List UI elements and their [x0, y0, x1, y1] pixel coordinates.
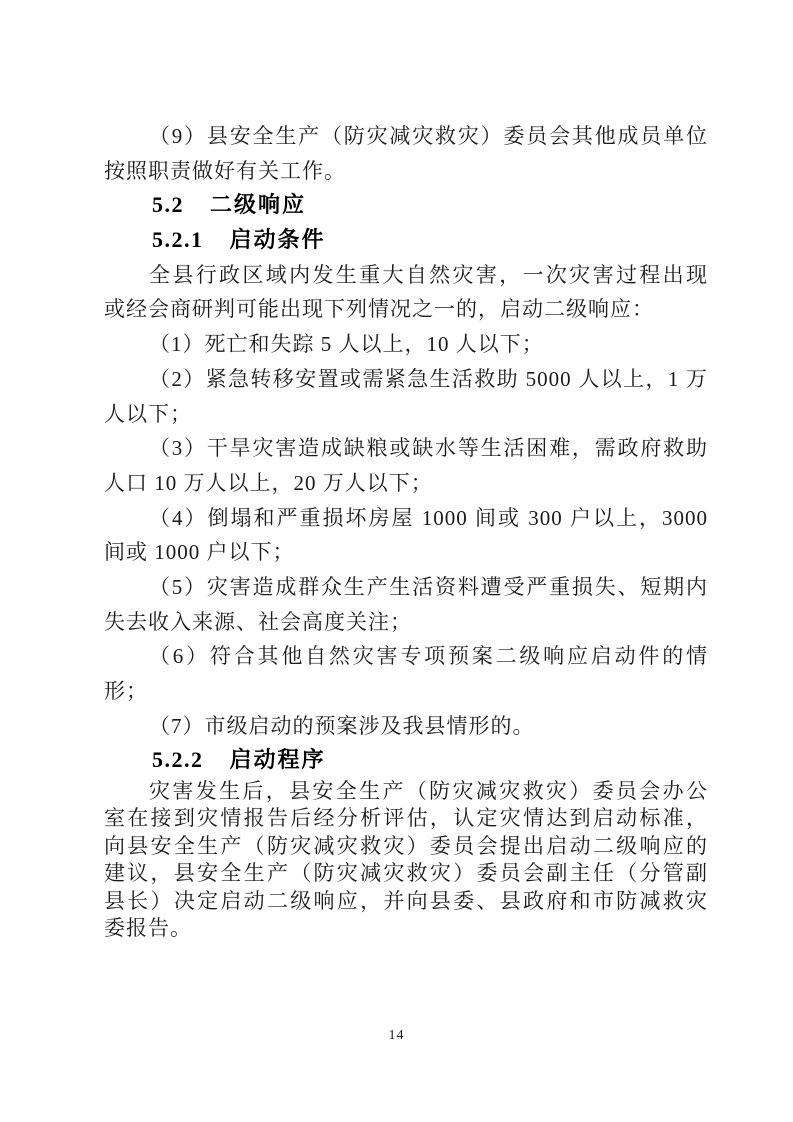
paragraph-line: （6）符合其他自然灾害专项预案二级响应启动件的情: [104, 639, 708, 674]
paragraph-line: （7）市级启动的预案涉及我县情形的。: [104, 709, 708, 744]
paragraph-line: 人以下；: [104, 397, 708, 432]
document-body: （9）县安全生产（防灾减灾救灾）委员会其他成员单位按照职责做好有关工作。5.2二…: [104, 119, 708, 942]
section-heading: 5.2二级响应: [104, 188, 708, 223]
paragraph-line: 间或 1000 户以下；: [104, 535, 708, 570]
paragraph-line: （1）死亡和失踪 5 人以上，10 人以下；: [104, 327, 708, 362]
paragraph-line: 全县行政区域内发生重大自然灾害，一次灾害过程出现: [104, 258, 708, 293]
paragraph-line: 形；: [104, 674, 708, 709]
heading-title: 启动条件: [230, 227, 326, 252]
heading-number: 5.2: [152, 192, 184, 217]
paragraph-line: 室在接到灾情报告后经分析评估，认定灾情达到启动标准，: [104, 805, 708, 832]
heading-number: 5.2.2: [152, 747, 204, 772]
heading-title: 启动程序: [230, 747, 326, 772]
paragraph-line: 向县安全生产（防灾减灾救灾）委员会提出启动二级响应的: [104, 833, 708, 860]
paragraph-line: 灾害发生后，县安全生产（防灾减灾救灾）委员会办公: [104, 778, 708, 805]
paragraph-line: （5）灾害造成群众生产生活资料遭受严重损失、短期内: [104, 570, 708, 605]
paragraph-line: 失去收入来源、社会高度关注；: [104, 605, 708, 640]
paragraph-line: （9）县安全生产（防灾减灾救灾）委员会其他成员单位: [104, 119, 708, 154]
paragraph-line: 建议，县安全生产（防灾减灾救灾）委员会副主任（分管副: [104, 860, 708, 887]
heading-number: 5.2.1: [152, 227, 204, 252]
paragraph-line: 或经会商研判可能出现下列情况之一的，启动二级响应：: [104, 292, 708, 327]
heading-title: 二级响应: [210, 192, 306, 217]
page-footer: 14: [0, 1026, 793, 1044]
paragraph-line: （4）倒塌和严重损坏房屋 1000 间或 300 户以上，3000: [104, 501, 708, 536]
section-heading: 5.2.2启动程序: [104, 743, 708, 778]
paragraph-line: 委报告。: [104, 915, 708, 942]
document-page: （9）县安全生产（防灾减灾救灾）委员会其他成员单位按照职责做好有关工作。5.2二…: [0, 0, 793, 1122]
paragraph-line: 县长）决定启动二级响应，并向县委、县政府和市防减救灾: [104, 888, 708, 915]
paragraph-line: 人口 10 万人以上，20 万人以下；: [104, 466, 708, 501]
paragraph-line: （3）干旱灾害造成缺粮或缺水等生活困难，需政府救助: [104, 431, 708, 466]
paragraph-line: （2）紧急转移安置或需紧急生活救助 5000 人以上，1 万: [104, 362, 708, 397]
paragraph-line: 按照职责做好有关工作。: [104, 154, 708, 189]
section-heading: 5.2.1启动条件: [104, 223, 708, 258]
page-number: 14: [389, 1028, 405, 1043]
